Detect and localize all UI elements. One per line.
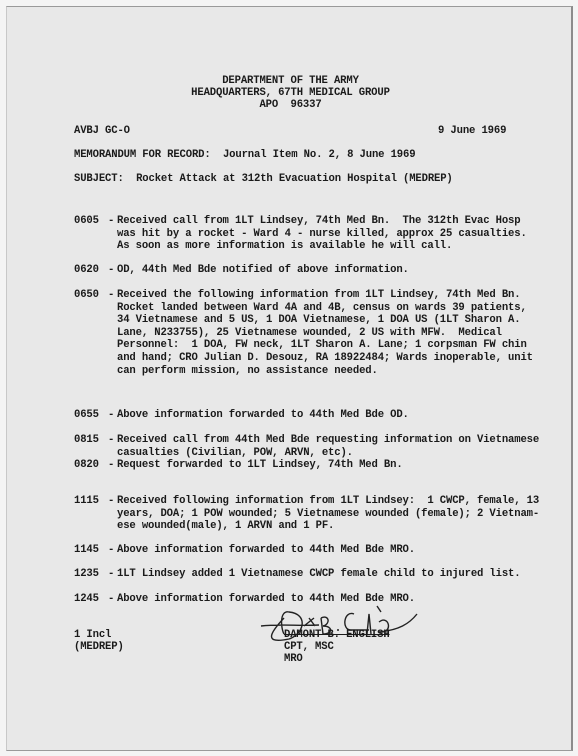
entry-line: Personnel: 1 DOA, FW neck, 1LT Sharon A.… (117, 339, 527, 352)
entry-line: years, DOA; 1 POW wounded; 5 Vietnamese … (117, 508, 527, 521)
entry-text: Request forwarded to 1LT Lindsey, 74th M… (117, 459, 527, 472)
entry-text: Received the following information from … (117, 289, 527, 377)
entry-line: was hit by a rocket - Ward 4 - nurse kil… (117, 228, 527, 241)
entry-dash: - (108, 593, 114, 606)
entry-dash: - (108, 215, 114, 228)
entry-line: Lane, N233755), 25 Vietnamese wounded, 2… (117, 327, 527, 340)
entry-line: As soon as more information is available… (117, 240, 527, 253)
entry-time: 0815 (74, 434, 99, 447)
entry-dash: - (108, 264, 114, 277)
entry-time: 1145 (74, 544, 99, 557)
entry-time: 0650 (74, 289, 99, 302)
header-department: DEPARTMENT OF THE ARMY (7, 75, 574, 88)
entry-time: 1115 (74, 495, 99, 508)
entry-time: 0820 (74, 459, 99, 472)
memo-for-record: MEMORANDUM FOR RECORD: Journal Item No. … (74, 149, 415, 162)
entry-time: 1245 (74, 593, 99, 606)
entry-time: 0620 (74, 264, 99, 277)
memo-date: 9 June 1969 (438, 125, 506, 138)
entry-dash: - (108, 495, 114, 508)
entry-line: 1LT Lindsey added 1 Vietnamese CWCP fema… (117, 568, 527, 581)
enclosure-name: (MEDREP) (74, 641, 124, 654)
entry-time: 1235 (74, 568, 99, 581)
entry-line: Request forwarded to 1LT Lindsey, 74th M… (117, 459, 527, 472)
entry-text: Received call from 1LT Lindsey, 74th Med… (117, 215, 527, 253)
entry-text: Received following information from 1LT … (117, 495, 527, 533)
entry-line: Received the following information from … (117, 289, 527, 302)
header-apo: APO 96337 (7, 99, 574, 112)
entry-time: 0655 (74, 409, 99, 422)
entry-text: OD, 44th Med Bde notified of above infor… (117, 264, 527, 277)
entry-line: 34 Vietnamese and 5 US, 1 DOA Vietnamese… (117, 314, 527, 327)
entry-line: Rocket landed between Ward 4A and 4B, ce… (117, 302, 527, 315)
enclosure-count: 1 Incl (74, 629, 111, 642)
signer-name: DAMONT B. ENGLISH (284, 629, 390, 642)
entry-line: ese wounded(male), 1 ARVN and 1 PF. (117, 520, 527, 533)
entry-line: can perform mission, no assistance neede… (117, 365, 527, 378)
entry-line: OD, 44th Med Bde notified of above infor… (117, 264, 527, 277)
entry-dash: - (108, 568, 114, 581)
entry-line: casualties (Civilian, POW, ARVN, etc). (117, 447, 527, 460)
signer-title: MRO (284, 653, 303, 666)
entry-dash: - (108, 459, 114, 472)
header-headquarters: HEADQUARTERS, 67TH MEDICAL GROUP (7, 87, 574, 100)
entry-line: Above information forwarded to 44th Med … (117, 409, 527, 422)
entry-dash: - (108, 409, 114, 422)
entry-dash: - (108, 434, 114, 447)
memo-subject: SUBJECT: Rocket Attack at 312th Evacuati… (74, 173, 453, 186)
entry-time: 0605 (74, 215, 99, 228)
entry-dash: - (108, 544, 114, 557)
entry-line: Above information forwarded to 44th Med … (117, 544, 527, 557)
memo-page: DEPARTMENT OF THE ARMY HEADQUARTERS, 67T… (6, 6, 573, 751)
entry-line: and hand; CRO Julian D. Desouz, RA 18922… (117, 352, 527, 365)
entry-line: Received call from 1LT Lindsey, 74th Med… (117, 215, 527, 228)
entry-text: Above information forwarded to 44th Med … (117, 544, 527, 557)
entry-dash: - (108, 289, 114, 302)
entry-text: Received call from 44th Med Bde requesti… (117, 434, 527, 459)
office-symbol: AVBJ GC-O (74, 125, 130, 138)
signer-rank: CPT, MSC (284, 641, 334, 654)
entry-text: 1LT Lindsey added 1 Vietnamese CWCP fema… (117, 568, 527, 581)
entry-line: Received following information from 1LT … (117, 495, 527, 508)
entry-line: Received call from 44th Med Bde requesti… (117, 434, 527, 447)
entry-text: Above information forwarded to 44th Med … (117, 409, 527, 422)
